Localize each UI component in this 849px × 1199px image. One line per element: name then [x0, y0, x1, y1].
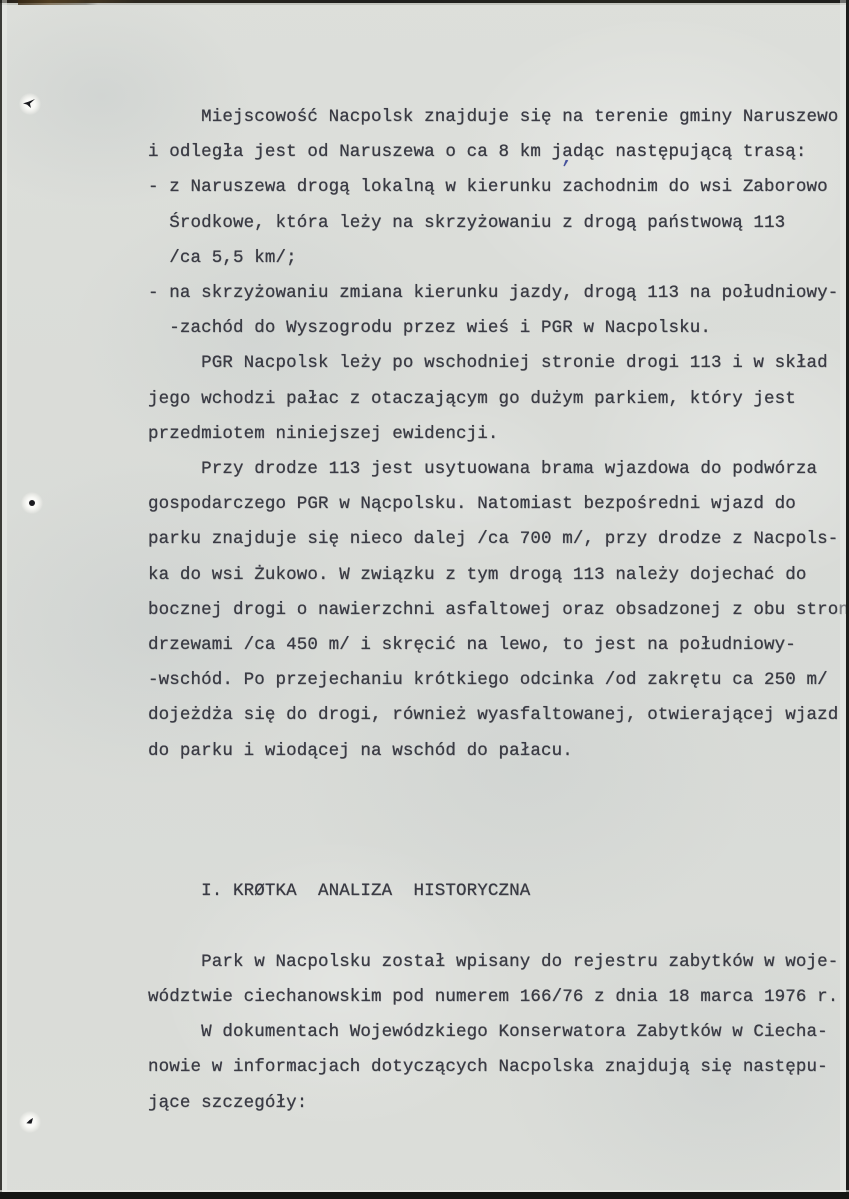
scan-edge-left-highlight — [2, 0, 7, 1199]
scan-edge-bottom — [0, 1192, 849, 1199]
scanned-page: Miejscowość Nacpolsk znajduje się na ter… — [0, 0, 849, 1199]
punch-hole-bottom — [19, 1111, 41, 1133]
scan-edge-top-shadow — [0, 3, 849, 5]
punch-hole-top — [19, 93, 41, 115]
scan-corner-smudge — [18, 0, 98, 5]
punch-hole-mark — [23, 99, 35, 108]
punch-hole-mark — [25, 1118, 34, 1125]
punch-hole-mark — [29, 500, 35, 506]
typewritten-text: Miejscowość Nacpolsk znajduje się na ter… — [148, 100, 849, 1121]
handwritten-comma-mark: , — [561, 148, 574, 168]
punch-hole-middle — [21, 492, 43, 514]
